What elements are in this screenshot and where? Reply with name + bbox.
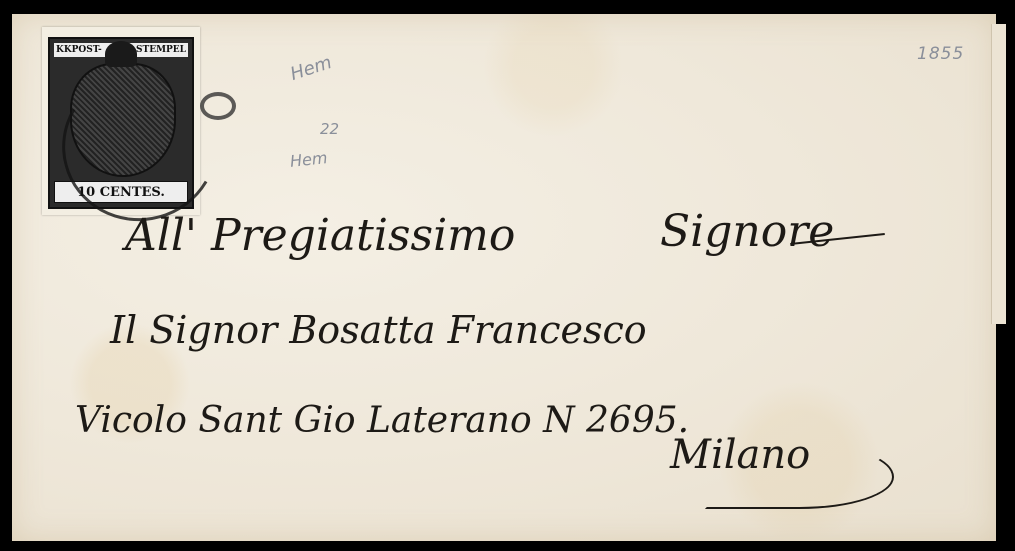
stamp-top-left-text: KKPOST- xyxy=(56,45,102,55)
crown-icon xyxy=(105,41,137,67)
address-salutation: All' Pregiatissimo xyxy=(125,210,515,261)
address-recipient: Il Signor Bosatta Francesco xyxy=(110,308,647,352)
address-title: Signore xyxy=(660,206,834,257)
envelope-flap-edge xyxy=(991,24,1006,324)
pencil-mark-2: Hem xyxy=(289,148,328,171)
pencil-number-note: 22 xyxy=(320,120,339,138)
pencil-year-note: 1855 xyxy=(917,44,964,64)
ink-underline-flourish xyxy=(705,445,894,509)
stamp-top-right-text: STEMPEL xyxy=(136,45,186,55)
postmark-fragment xyxy=(200,92,236,120)
address-street: Vicolo Sant Gio Laterano N 2695. xyxy=(75,400,689,441)
